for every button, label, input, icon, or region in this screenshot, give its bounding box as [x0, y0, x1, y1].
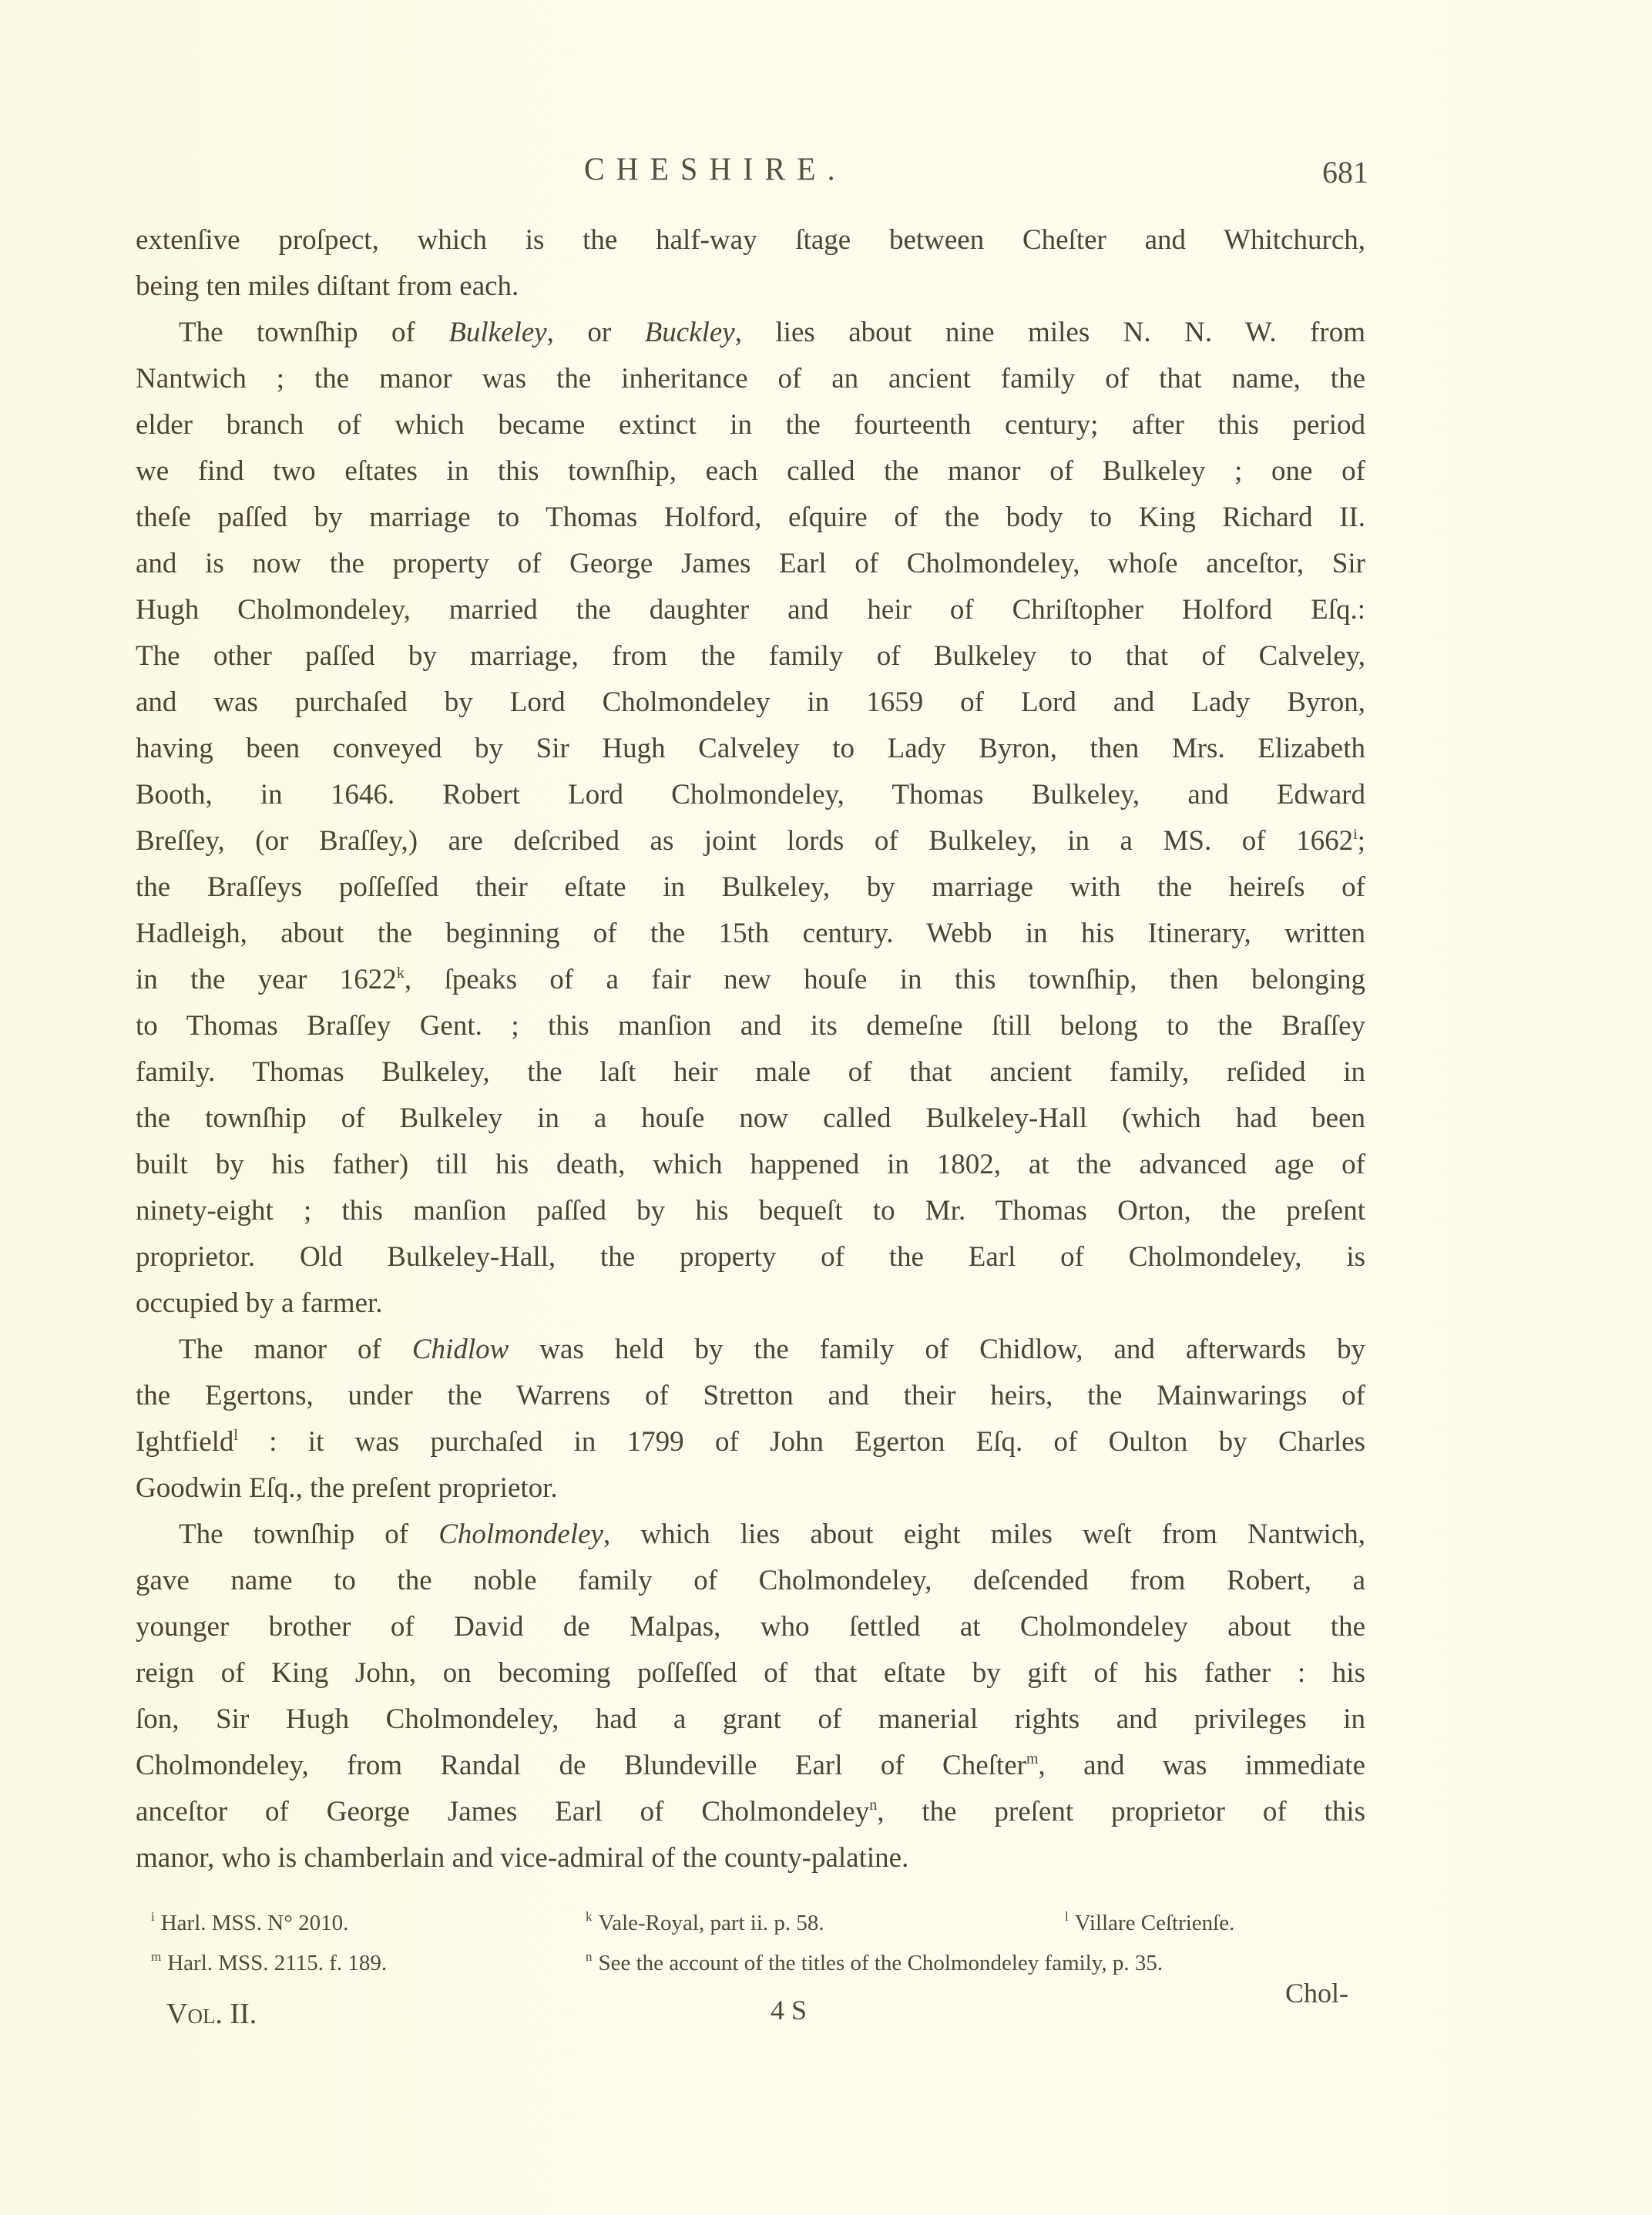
text-line: we find two eſtates in this townſhip, ea… — [136, 448, 1365, 495]
footnote-text: Harl. MSS. 2115. f. 189. — [167, 1951, 387, 1975]
line-text: The other paſſed by marriage, from the f… — [136, 640, 1365, 672]
line-text: the Braſſeys poſſeſſed their eſtate in B… — [136, 871, 1365, 903]
line-text: extenſive proſpect, which is the half-wa… — [136, 224, 1365, 256]
line-text: younger brother of David de Malpas, who … — [136, 1611, 1365, 1643]
volume-label: Vol. II. — [166, 1997, 257, 2031]
line-text: Hugh Cholmondeley, married the daughter … — [136, 594, 1365, 626]
line-text: and was purchaſed by Lord Cholmondeley i… — [136, 686, 1365, 718]
text-line: reign of King John, on becoming poſſeſſe… — [136, 1650, 1365, 1696]
running-title: CHESHIRE. — [584, 150, 847, 188]
text-line: family. Thomas Bulkeley, the laſt heir m… — [136, 1049, 1365, 1096]
line-text: Cholmondeley, from Randal de Blundeville… — [136, 1750, 1026, 1781]
line-text: , ſpeaks of a fair new houſe in this tow… — [405, 964, 1365, 995]
footnote-m: mHarl. MSS. 2115. f. 189. — [151, 1951, 387, 1976]
text-line: extenſive proſpect, which is the half-wa… — [136, 217, 1365, 263]
text-line: gave name to the noble family of Cholmon… — [136, 1558, 1365, 1604]
text-line: ſon, Sir Hugh Cholmondeley, had a grant … — [136, 1696, 1365, 1743]
text-line: Goodwin Eſq., the preſent proprietor. — [136, 1465, 1365, 1512]
text-line: theſe paſſed by marriage to Thomas Holfo… — [136, 495, 1365, 541]
text-line: Nantwich ; the manor was the inheritance… — [136, 356, 1365, 402]
line-text: , or — [547, 317, 645, 348]
footnote-row: iHarl. MSS. N° 2010. kVale-Royal, part i… — [151, 1911, 1368, 1951]
footnote-text: Vale-Royal, part ii. p. 58. — [599, 1911, 824, 1935]
line-text: anceſtor of George James Earl of Cholmon… — [136, 1796, 869, 1827]
place-name-italic: Cholmondeley — [438, 1519, 603, 1550]
footnote-reference: k — [397, 965, 405, 982]
line-text: Goodwin Eſq., the preſent proprietor. — [136, 1472, 558, 1504]
line-text: being ten miles diſtant from each. — [136, 270, 519, 302]
footnote-i: iHarl. MSS. N° 2010. — [151, 1911, 348, 1936]
footnote-l: lVillare Ceſtrienſe. — [1065, 1911, 1234, 1936]
line-text: reign of King John, on becoming poſſeſſe… — [136, 1657, 1365, 1689]
text-line: The townſhip of Bulkeley, or Buckley, li… — [136, 310, 1365, 356]
line-text: Booth, in 1646. Robert Lord Cholmondeley… — [136, 779, 1365, 810]
line-text: occupied by a farmer. — [136, 1287, 383, 1319]
footnote-text: Harl. MSS. N° 2010. — [161, 1911, 349, 1935]
line-text: , which lies about eight miles weſt from… — [603, 1519, 1365, 1550]
footnote-mark: k — [586, 1909, 593, 1924]
line-text: Ightfield — [136, 1426, 233, 1458]
footnote-n: nSee the account of the titles of the Ch… — [586, 1951, 1163, 1976]
text-line: elder branch of which became extinct in … — [136, 402, 1365, 448]
text-line: having been conveyed by Sir Hugh Calvele… — [136, 726, 1365, 772]
line-text: the Egertons, under the Warrens of Stret… — [136, 1380, 1365, 1411]
line-text: , and was immediate — [1039, 1750, 1366, 1781]
text-line: younger brother of David de Malpas, who … — [136, 1604, 1365, 1650]
text-line: the Egertons, under the Warrens of Stret… — [136, 1373, 1365, 1419]
footnote-text: See the account of the titles of the Cho… — [599, 1951, 1163, 1975]
line-text: : it was purchaſed in 1799 of John Egert… — [238, 1426, 1365, 1458]
text-line: being ten miles diſtant from each. — [136, 263, 1365, 310]
line-text: in the year 1622 — [136, 964, 397, 995]
footnotes: iHarl. MSS. N° 2010. kVale-Royal, part i… — [151, 1911, 1368, 1991]
footnote-row: mHarl. MSS. 2115. f. 189. nSee the accou… — [151, 1951, 1368, 1991]
line-text: was held by the family of Chidlow, and a… — [509, 1334, 1365, 1365]
line-text: Breſſey, (or Braſſey,) are deſcribed as … — [136, 825, 1353, 857]
text-line: Hugh Cholmondeley, married the daughter … — [136, 587, 1365, 633]
line-text: , lies about nine miles N. N. W. from — [735, 317, 1365, 348]
line-text: Nantwich ; the manor was the inheritance… — [136, 363, 1365, 394]
text-line: Booth, in 1646. Robert Lord Cholmondeley… — [136, 772, 1365, 818]
line-text: gave name to the noble family of Cholmon… — [136, 1565, 1365, 1596]
text-line: Cholmondeley, from Randal de Blundeville… — [136, 1743, 1365, 1789]
line-text: having been conveyed by Sir Hugh Calvele… — [136, 733, 1365, 764]
text-line: to Thomas Braſſey Gent. ; this manſion a… — [136, 1003, 1365, 1049]
text-line: The other paſſed by marriage, from the f… — [136, 633, 1365, 680]
text-line: Ightfieldl : it was purchaſed in 1799 of… — [136, 1419, 1365, 1465]
page-number: 681 — [1322, 154, 1368, 190]
signature-mark: 4 S — [771, 1994, 807, 2026]
line-text: built by his father) till his death, whi… — [136, 1149, 1365, 1180]
footnote-mark: m — [151, 1949, 161, 1964]
line-text: proprietor. Old Bulkeley-Hall, the prope… — [136, 1241, 1365, 1273]
line-text: The manor of — [179, 1334, 412, 1365]
text-line: Hadleigh, about the beginning of the 15t… — [136, 911, 1365, 957]
line-text: , the preſent proprietor of this — [877, 1796, 1365, 1827]
text-line: built by his father) till his death, whi… — [136, 1142, 1365, 1188]
text-line: the townſhip of Bulkeley in a houſe now … — [136, 1096, 1365, 1142]
line-text: we find two eſtates in this townſhip, ea… — [136, 455, 1365, 487]
place-name-italic: Buckley — [645, 317, 735, 348]
line-text: the townſhip of Bulkeley in a houſe now … — [136, 1102, 1365, 1134]
line-text: The townſhip of — [179, 317, 448, 348]
text-line: and was purchaſed by Lord Cholmondeley i… — [136, 680, 1365, 726]
line-text: The townſhip of — [179, 1519, 438, 1550]
text-line: the Braſſeys poſſeſſed their eſtate in B… — [136, 864, 1365, 911]
footnote-mark: i — [151, 1909, 155, 1924]
line-text: ninety-eight ; this manſion paſſed by hi… — [136, 1195, 1365, 1227]
footnote-mark: l — [1065, 1909, 1069, 1924]
place-name-italic: Bulkeley — [448, 317, 546, 348]
catchword: Chol- — [1285, 1977, 1348, 2009]
line-text: Hadleigh, about the beginning of the 15t… — [136, 918, 1365, 949]
footnote-text: Villare Ceſtrienſe. — [1075, 1911, 1235, 1935]
footnote-mark: n — [586, 1949, 593, 1964]
line-text: and is now the property of George James … — [136, 548, 1365, 579]
text-line: Breſſey, (or Braſſey,) are deſcribed as … — [136, 818, 1365, 864]
text-line: anceſtor of George James Earl of Cholmon… — [136, 1789, 1365, 1835]
text-line: and is now the property of George James … — [136, 541, 1365, 587]
place-name-italic: Chidlow — [412, 1334, 509, 1365]
footnote-reference: m — [1026, 1750, 1039, 1767]
line-text: ; — [1358, 825, 1365, 857]
text-line: The manor of Chidlow was held by the fam… — [136, 1327, 1365, 1373]
line-text: manor, who is chamberlain and vice-admir… — [136, 1842, 908, 1874]
footnote-reference: n — [869, 1797, 877, 1814]
line-text: theſe paſſed by marriage to Thomas Holfo… — [136, 502, 1365, 533]
text-line: manor, who is chamberlain and vice-admir… — [136, 1835, 1365, 1881]
body-text: extenſive proſpect, which is the half-wa… — [136, 217, 1365, 1881]
line-text: family. Thomas Bulkeley, the laſt heir m… — [136, 1056, 1365, 1088]
line-text: elder branch of which became extinct in … — [136, 409, 1365, 441]
text-line: in the year 1622k, ſpeaks of a fair new … — [136, 957, 1365, 1003]
line-text: to Thomas Braſſey Gent. ; this manſion a… — [136, 1010, 1365, 1042]
text-line: ninety-eight ; this manſion paſſed by hi… — [136, 1188, 1365, 1234]
text-line: occupied by a farmer. — [136, 1280, 1365, 1327]
text-line: The townſhip of Cholmondeley, which lies… — [136, 1512, 1365, 1558]
book-page: CHESHIRE. 681 extenſive proſpect, which … — [0, 0, 1652, 2215]
footnote-k: kVale-Royal, part ii. p. 58. — [586, 1911, 824, 1936]
text-line: proprietor. Old Bulkeley-Hall, the prope… — [136, 1234, 1365, 1280]
line-text: ſon, Sir Hugh Cholmondeley, had a grant … — [136, 1703, 1365, 1735]
